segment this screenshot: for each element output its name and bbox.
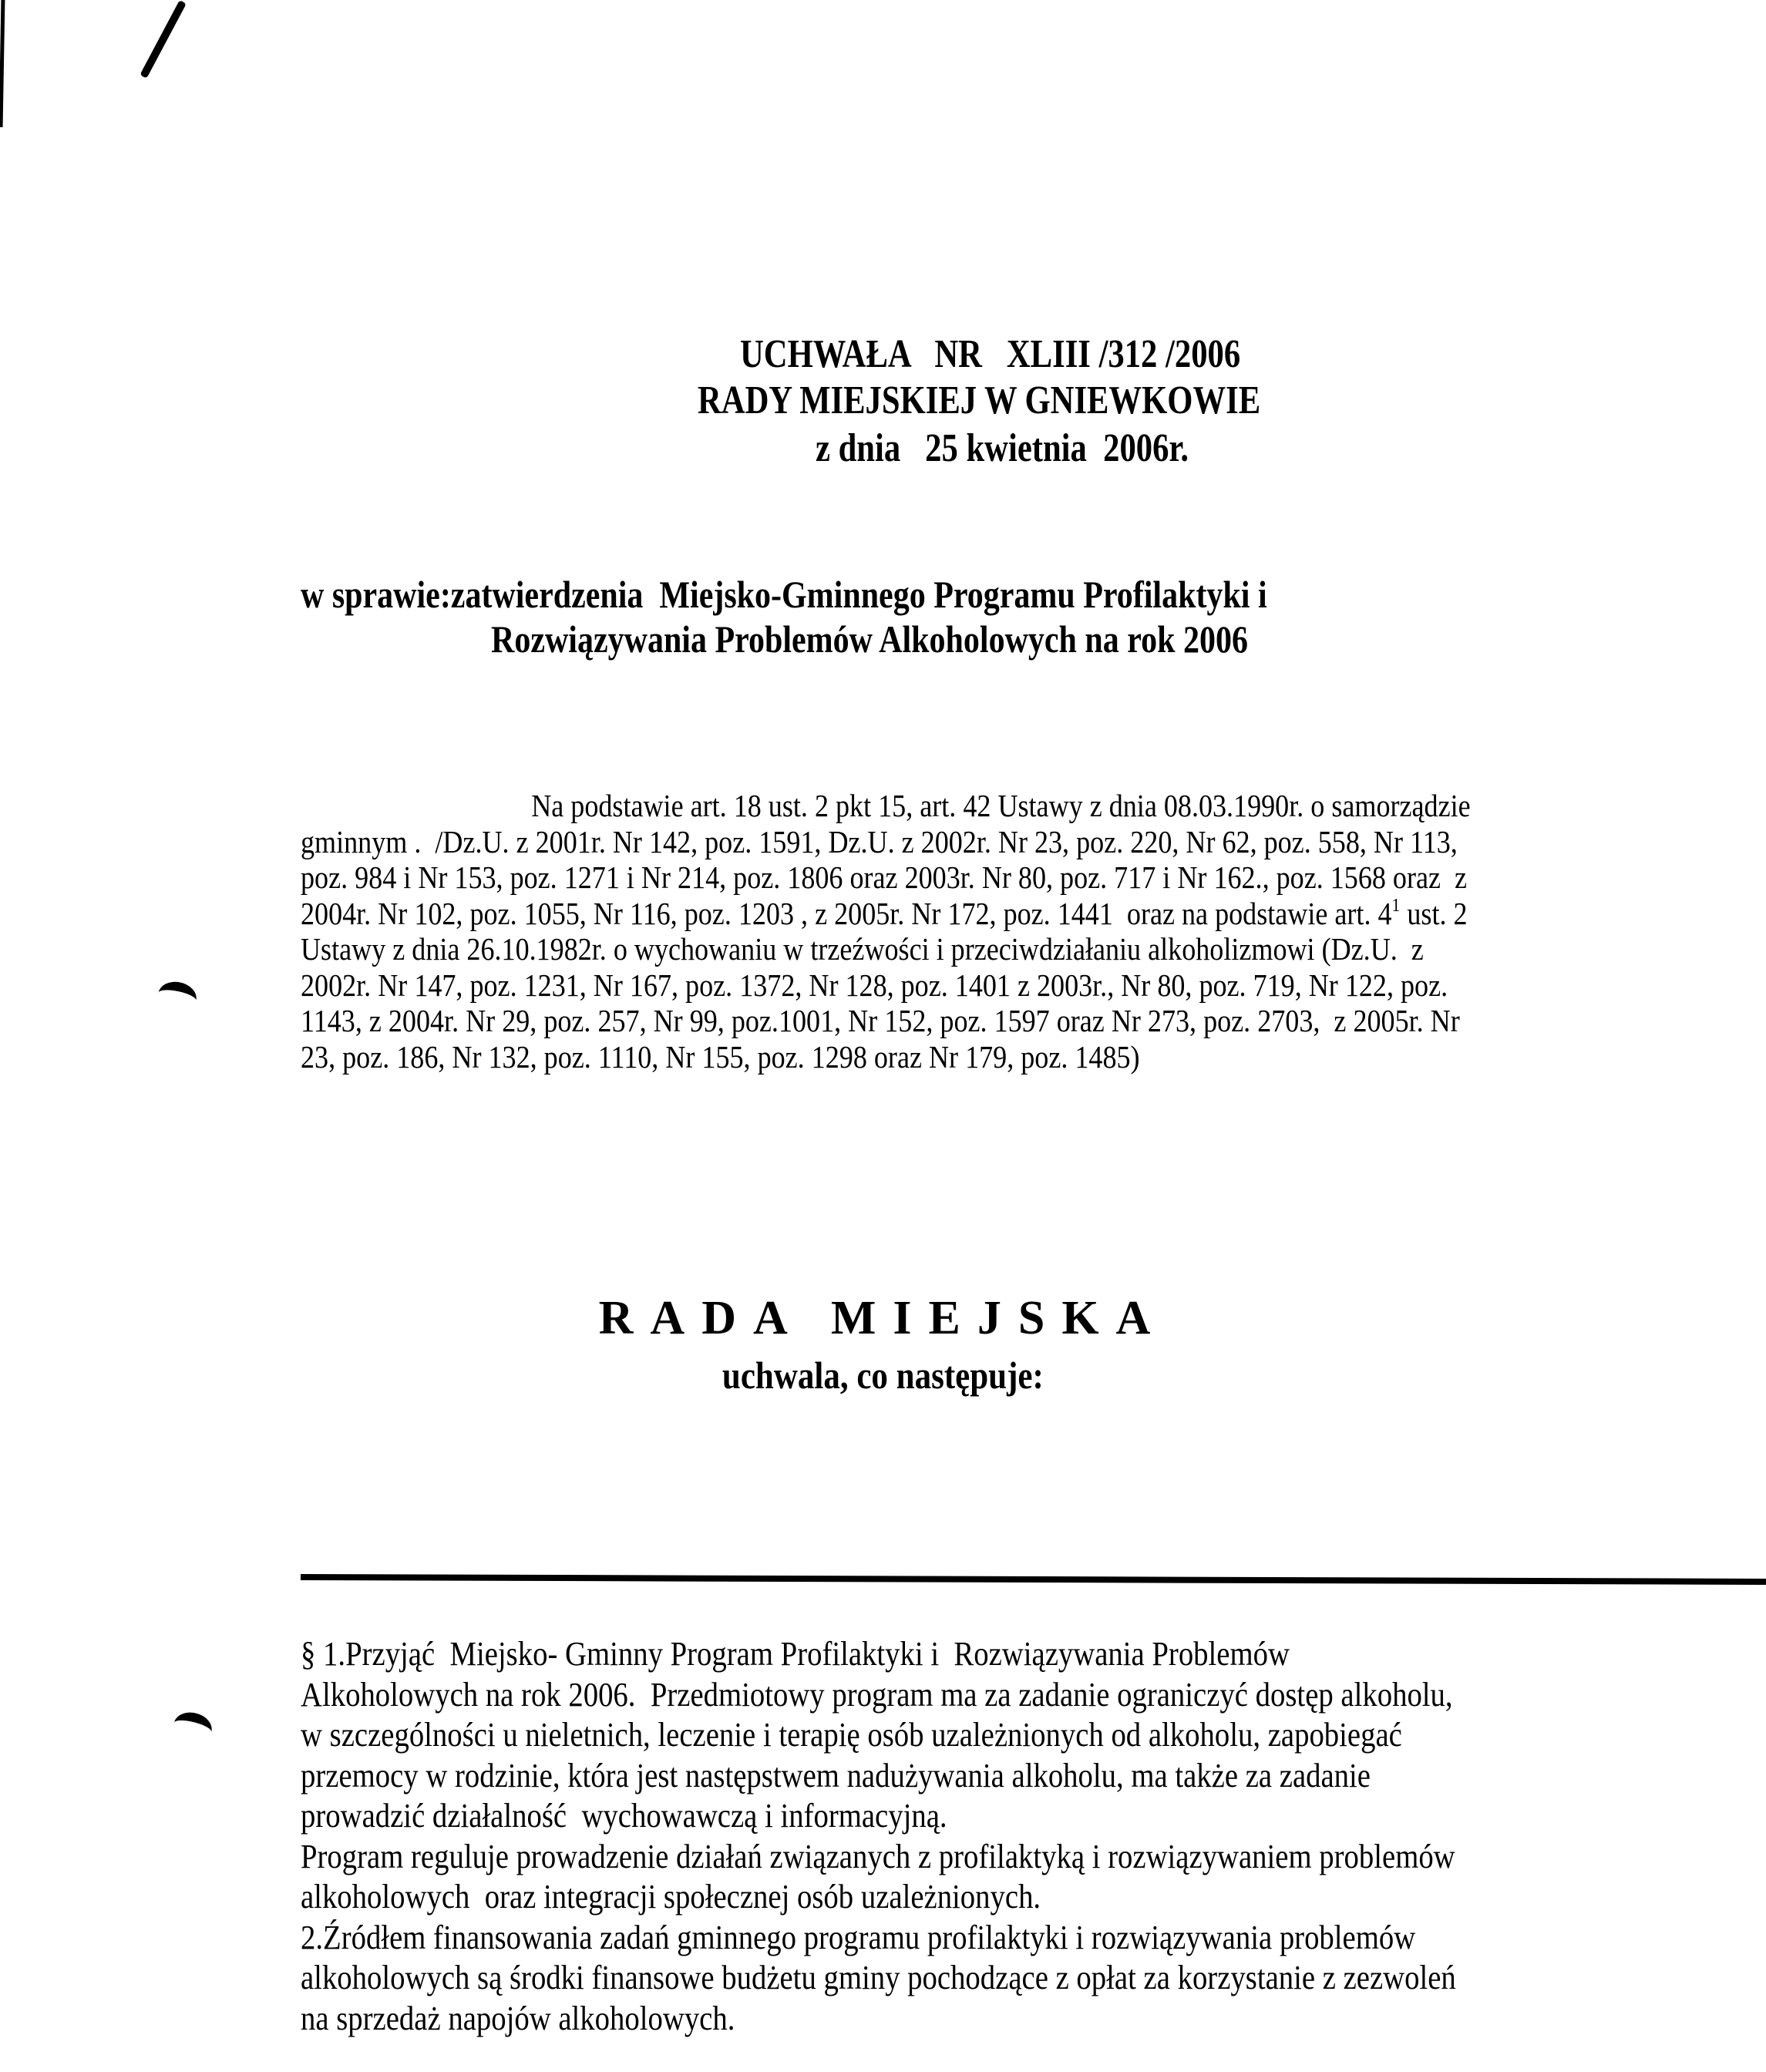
legal-line: gminnym . /Dz.U. z 2001r. Nr 142, poz. 1… (301, 824, 1576, 860)
section-line: prowadzić działalność wychowawczą i info… (301, 1796, 1456, 1837)
legal-line: 23, poz. 186, Nr 132, poz. 1110, Nr 155,… (301, 1039, 1576, 1075)
legal-line: Na podstawie art. 18 ust. 2 pkt 15, art.… (301, 788, 1576, 824)
legal-line: 2004r. Nr 102, poz. 1055, Nr 116, poz. 1… (301, 896, 1576, 932)
legal-line-tail: ust. 2 (1400, 896, 1467, 931)
title-date: z dnia 25 kwietnia 2006r. (816, 424, 1189, 473)
council-subheading: uchwala, co następuje: (0, 1353, 1766, 1398)
legal-line: poz. 984 i Nr 153, poz. 1271 i Nr 214, p… (301, 859, 1576, 896)
punch-hole-mark (170, 1709, 215, 1747)
section-line: na sprzedaż napojów alkoholowych. (301, 1999, 1456, 2040)
section-line: alkoholowych oraz integracji społecznej … (301, 1877, 1456, 1918)
council-heading: RADA MIEJSKA (0, 1291, 1766, 1346)
section-line: alkoholowych są środki finansowe budżetu… (301, 1958, 1456, 1999)
section-line: Program reguluje prowadzenie działań zwi… (301, 1837, 1456, 1878)
pen-slash-mark (140, 0, 186, 79)
legal-line: Ustawy z dnia 26.10.1982r. o wychowaniu … (301, 931, 1576, 967)
title-number: UCHWAŁA NR XLIII /312 /2006 (740, 330, 1240, 379)
section-line: Alkoholowych na rok 2006. Przedmiotowy p… (301, 1675, 1456, 1716)
legal-line: 1143, z 2004r. Nr 29, poz. 257, Nr 99, p… (301, 1003, 1576, 1039)
council-subheading-text: uchwala, co następuje: (722, 1353, 1044, 1398)
section-line: § 1.Przyjąć Miejsko- Gminny Program Prof… (301, 1634, 1456, 1675)
section-line: w szczególności u nieletnich, leczenie i… (301, 1715, 1456, 1756)
scan-edge-mark (0, 0, 5, 127)
punch-hole-mark (156, 978, 200, 1015)
horizontal-rule (301, 1574, 1766, 1585)
section-1: § 1.Przyjąć Miejsko- Gminny Program Prof… (301, 1634, 1613, 2039)
title-issuer: RADY MIEJSKIEJ W GNIEWKOWIE (698, 376, 1260, 425)
section-line: 2.Źródłem finansowania zadań gminnego pr… (301, 1918, 1456, 1959)
legal-basis: Na podstawie art. 18 ust. 2 pkt 15, art.… (301, 788, 1750, 1075)
section-line: przemocy w rodzinie, która jest następst… (301, 1756, 1456, 1797)
subject-line-2: Rozwiązywania Problemów Alkoholowych na … (491, 617, 1248, 661)
superscript: 1 (1392, 894, 1401, 915)
legal-line: 2002r. Nr 147, poz. 1231, Nr 167, poz. 1… (301, 967, 1576, 1004)
legal-line-text: 2004r. Nr 102, poz. 1055, Nr 116, poz. 1… (301, 896, 1392, 931)
subject-line-1: w sprawie:zatwierdzenia Miejsko-Gminnego… (301, 572, 1267, 617)
